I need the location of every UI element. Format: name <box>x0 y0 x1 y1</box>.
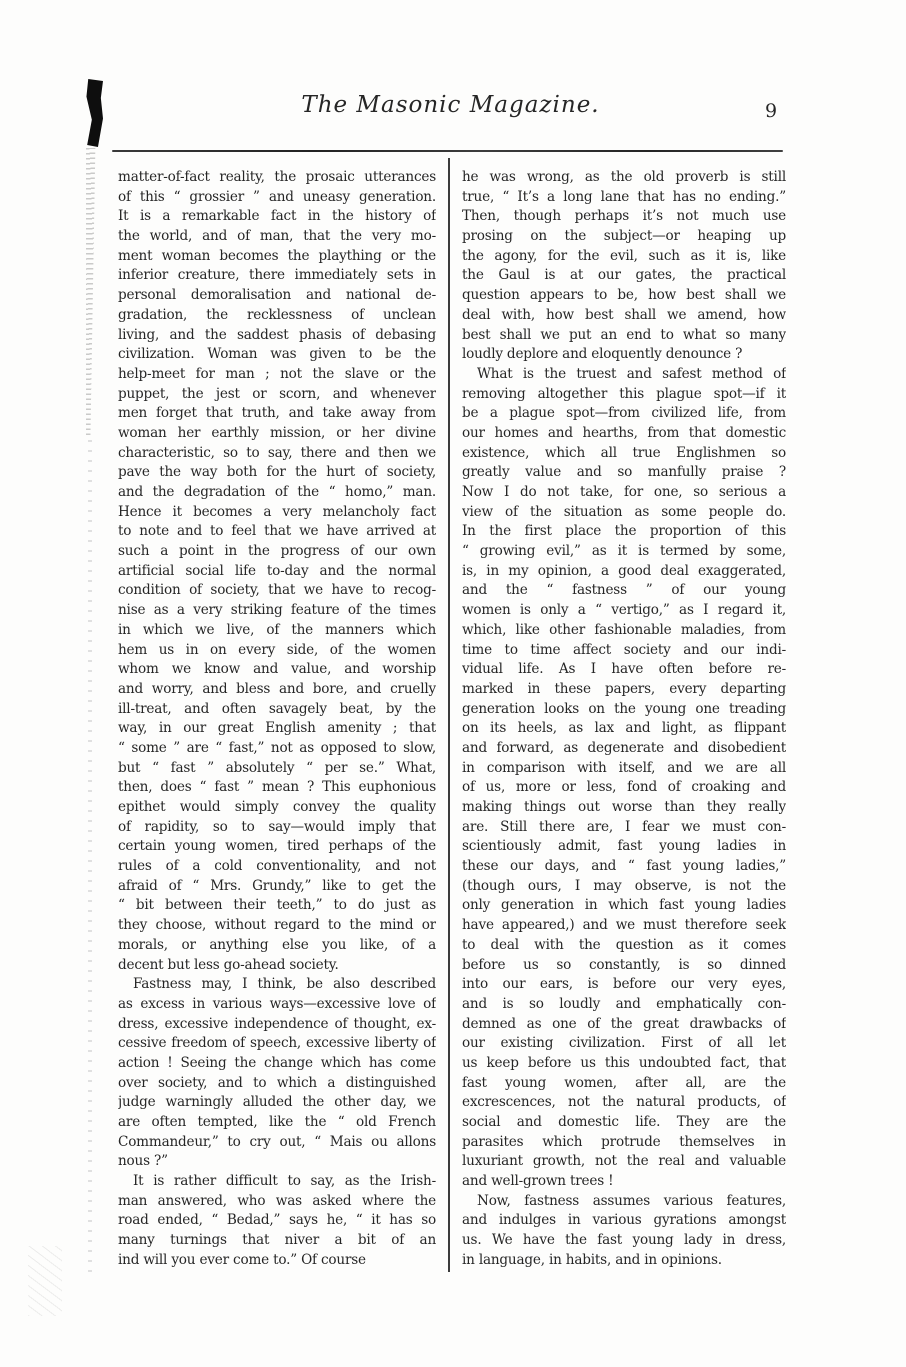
text-line: these our days, and “ fast young ladies,… <box>462 857 786 877</box>
text-line: in comparison with itself, and we are al… <box>462 759 786 779</box>
text-line: our existing civilization. First of all … <box>462 1034 786 1054</box>
text-line: condition of society, that we have to re… <box>118 581 436 601</box>
text-line: parasites which protrude themselves in <box>462 1133 786 1153</box>
text-line: many turnings that niver a bit of an <box>118 1231 436 1251</box>
text-line: ill-treat, and often savagely beat, by t… <box>118 700 436 720</box>
text-line: then, does “ fast ” mean ? This euphonio… <box>118 778 436 798</box>
text-line: certain young women, tired perhaps of th… <box>118 837 436 857</box>
text-line: characteristic, so to say, there and the… <box>118 444 436 464</box>
text-line: only generation in which fast young ladi… <box>462 896 786 916</box>
text-line: and worry, and bless and bore, and cruel… <box>118 680 436 700</box>
text-line: “ growing evil,” as it is termed by some… <box>462 542 786 562</box>
text-line: personal demoralisation and national de- <box>118 286 436 306</box>
text-line: Then, though perhaps it’s not much use <box>462 207 786 227</box>
text-column-left: matter-of-fact reality, the prosaic utte… <box>118 168 436 1271</box>
text-line: existence, which all true Englishmen so <box>462 444 786 464</box>
text-line: fast young women, after all, are the <box>462 1074 786 1094</box>
text-line: (though ours, I may observe, is not the <box>462 877 786 897</box>
text-line: and the degradation of the “ homo,” man. <box>118 483 436 503</box>
text-line: women is only a “ vertigo,” as I regard … <box>462 601 786 621</box>
text-line: men forget that truth, and take away fro… <box>118 404 436 424</box>
text-line: is, in my opinion, a good deal exaggerat… <box>462 562 786 582</box>
text-line: help-meet for man ; not the slave or the <box>118 365 436 385</box>
text-line: which, like other fashionable maladies, … <box>462 621 786 641</box>
text-line: over society, and to which a distinguish… <box>118 1074 436 1094</box>
text-line: time to time affect society and our indi… <box>462 641 786 661</box>
text-line: inferior creature, there immediately set… <box>118 266 436 286</box>
text-line: and indulges in various gyrations amongs… <box>462 1211 786 1231</box>
text-line: in language, in habits, and in opinions. <box>462 1251 786 1271</box>
text-line: judge warningly alluded the other day, w… <box>118 1093 436 1113</box>
text-line: woman her earthly mission, or her divine <box>118 424 436 444</box>
text-line: action ! Seeing the change which has com… <box>118 1054 436 1074</box>
text-line: “ bit between their teeth,” to do just a… <box>118 896 436 916</box>
text-line: greatly value and so manfully praise ? <box>462 463 786 483</box>
text-line: loudly deplore and eloquently denounce ? <box>462 345 786 365</box>
text-line: of this “ grossier ” and uneasy generati… <box>118 188 436 208</box>
text-line: generation looks on the young one treadi… <box>462 700 786 720</box>
paragraph: Fastness may, I think, be also described… <box>118 975 436 1172</box>
text-line: road ended, “ Bedad,” says he, “ it has … <box>118 1211 436 1231</box>
text-line: Now, fastness assumes various features, <box>462 1192 786 1212</box>
text-line: on its heels, as lax and light, as flipp… <box>462 719 786 739</box>
text-line: such a point in the progress of our own <box>118 542 436 562</box>
text-line: demned as one of the great drawbacks of <box>462 1015 786 1035</box>
text-line: and the “ fastness ” of our young <box>462 581 786 601</box>
scan-binding-mark <box>85 79 103 147</box>
scan-edge-dots <box>88 440 92 1280</box>
text-line: and well-grown trees ! <box>462 1172 786 1192</box>
text-line: are often tempted, like the “ old French <box>118 1113 436 1133</box>
text-line: living, and the saddest phasis of debasi… <box>118 326 436 346</box>
text-line: true, “ It’s a long lane that has no end… <box>462 188 786 208</box>
text-line: dress, excessive independence of thought… <box>118 1015 436 1035</box>
page-number: 9 <box>756 100 786 122</box>
text-line: best shall we put an end to what so many <box>462 326 786 346</box>
text-line: man answered, who was asked where the <box>118 1192 436 1212</box>
text-line: of rapidity, so to say—would imply that <box>118 818 436 838</box>
text-line: marked in these papers, every departing <box>462 680 786 700</box>
text-line: puppet, the jest or scorn, and whenever <box>118 385 436 405</box>
text-line: afraid of “ Mrs. Grundy,” like to get th… <box>118 877 436 897</box>
text-line: ment woman becomes the plaything or the <box>118 247 436 267</box>
text-line: in which we live, of the manners which <box>118 621 436 641</box>
text-line: pave the way both for the hurt of societ… <box>118 463 436 483</box>
text-line: but “ fast ” absolutely “ per se.” What, <box>118 759 436 779</box>
text-line: our homes and hearths, from that domesti… <box>462 424 786 444</box>
text-line: us. We have the fast young lady in dress… <box>462 1231 786 1251</box>
text-line: of us, more or less, fond of croaking an… <box>462 778 786 798</box>
paragraph: he was wrong, as the old proverb is stil… <box>462 168 786 365</box>
text-line: What is the truest and safest method of <box>462 365 786 385</box>
text-line: social and domestic life. They are the <box>462 1113 786 1133</box>
text-line: In the first place the proportion of thi… <box>462 522 786 542</box>
text-line: excrescences, not the natural products, … <box>462 1093 786 1113</box>
text-line: Fastness may, I think, be also described <box>118 975 436 995</box>
text-line: and forward, as degenerate and disobedie… <box>462 739 786 759</box>
text-line: and is so loudly and emphatically con- <box>462 995 786 1015</box>
text-line: rules of a cold conventionality, and not <box>118 857 436 877</box>
text-line: gradation, the recklessness of unclean <box>118 306 436 326</box>
text-line: matter-of-fact reality, the prosaic utte… <box>118 168 436 188</box>
paragraph: What is the truest and safest method ofr… <box>462 365 786 1192</box>
text-line: to deal with the question as it comes <box>462 936 786 956</box>
text-line: civilization. Woman was given to be the <box>118 345 436 365</box>
text-line: It is a remarkable fact in the history o… <box>118 207 436 227</box>
text-line: artificial social life to-day and the no… <box>118 562 436 582</box>
magazine-title: The Masonic Magazine. <box>118 92 783 118</box>
text-line: as excess in various ways—excessive love… <box>118 995 436 1015</box>
text-line: question appears to be, how best shall w… <box>462 286 786 306</box>
text-line: Hence it becomes a very melancholy fact <box>118 503 436 523</box>
paragraph: matter-of-fact reality, the prosaic utte… <box>118 168 436 975</box>
text-line: he was wrong, as the old proverb is stil… <box>462 168 786 188</box>
text-line: into our ears, is before our very eyes, <box>462 975 786 995</box>
scan-edge-speckle <box>86 148 97 438</box>
text-line: be a plague spot—from civilized life, fr… <box>462 404 786 424</box>
text-line: hem us in on every side, of the women <box>118 641 436 661</box>
text-line: to note and to feel that we have arrived… <box>118 522 436 542</box>
text-line: deal with, how best shall we amend, how <box>462 306 786 326</box>
text-line: they choose, without regard to the mind … <box>118 916 436 936</box>
text-line: ind will you ever come to.” Of course <box>118 1251 436 1271</box>
text-line: cessive freedom of speech, excessive lib… <box>118 1034 436 1054</box>
paragraph: It is rather difficult to say, as the Ir… <box>118 1172 436 1270</box>
column-divider-rule <box>448 158 450 1272</box>
text-line: us keep before us this undoubted fact, t… <box>462 1054 786 1074</box>
text-line: view of the situation as some people do. <box>462 503 786 523</box>
text-line: Now I do not take, for one, so serious a <box>462 483 786 503</box>
text-line: nise as a very striking feature of the t… <box>118 601 436 621</box>
text-line: making things out worse than they really <box>462 798 786 818</box>
header-rule <box>112 150 783 152</box>
text-line: the world, and of man, that the very mo- <box>118 227 436 247</box>
text-line: have appeared,) and we must therefore se… <box>462 916 786 936</box>
text-line: vidual life. As I have often before re- <box>462 660 786 680</box>
text-line: the agony, for the evil, such as it is, … <box>462 247 786 267</box>
text-line: before us so constantly, is so dinned <box>462 956 786 976</box>
text-line: the Gaul is at our gates, the practical <box>462 266 786 286</box>
text-line: whom we know and value, and worship <box>118 660 436 680</box>
text-line: epithet would simply convey the quality <box>118 798 436 818</box>
text-line: prosing on the subject—or heaping up <box>462 227 786 247</box>
paragraph: Now, fastness assumes various features,a… <box>462 1192 786 1271</box>
text-line: nous ?” <box>118 1152 436 1172</box>
text-line: It is rather difficult to say, as the Ir… <box>118 1172 436 1192</box>
text-line: way, in our great English amenity ; that <box>118 719 436 739</box>
text-line: morals, or anything else you like, of a <box>118 936 436 956</box>
text-line: “ some ” are “ fast,” not as opposed to … <box>118 739 436 759</box>
text-line: scientiously admit, fast young ladies in <box>462 837 786 857</box>
text-line: luxuriant growth, not the real and valua… <box>462 1152 786 1172</box>
text-line: decent but less go-ahead society. <box>118 956 436 976</box>
text-line: removing altogether this plague spot—if … <box>462 385 786 405</box>
scan-corner-speckle <box>28 1246 62 1316</box>
magazine-page-scan: The Masonic Magazine. 9 matter-of-fact r… <box>0 0 906 1367</box>
text-line: are. Still there are, I fear we must con… <box>462 818 786 838</box>
text-column-right: he was wrong, as the old proverb is stil… <box>462 168 786 1271</box>
text-line: Commandeur,” to cry out, “ Mais ou allon… <box>118 1133 436 1153</box>
